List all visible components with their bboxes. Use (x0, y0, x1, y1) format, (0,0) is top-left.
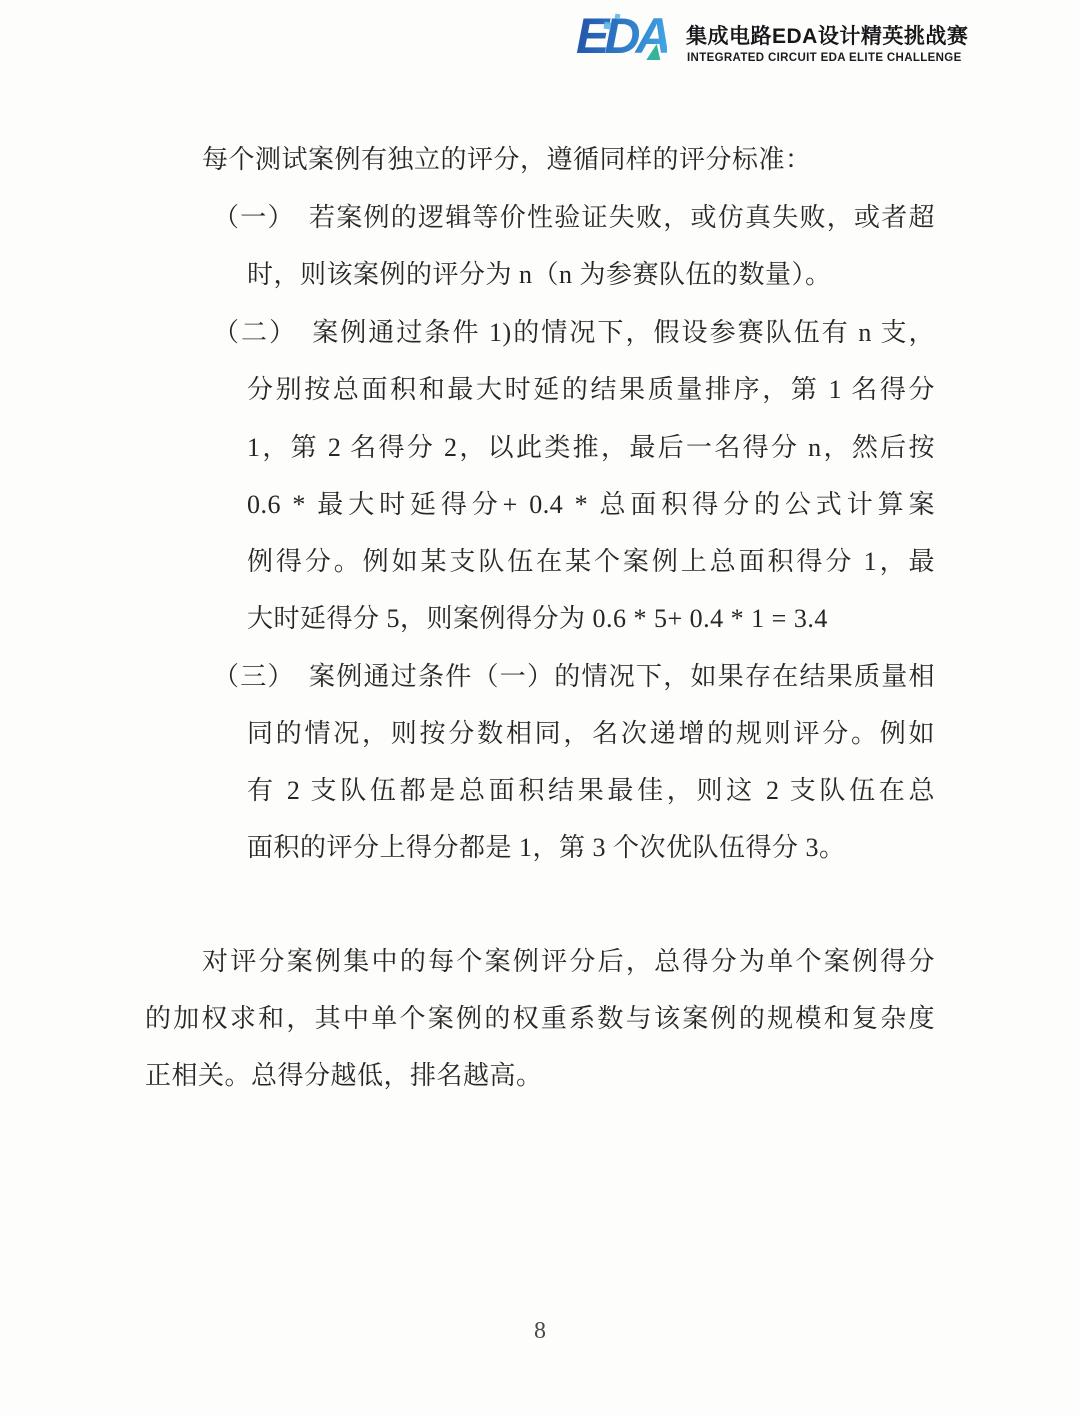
text-line-item2: 例得分。例如某支队伍在某个案例上总面积得分 1，最 (247, 533, 935, 590)
header-title-chinese: 集成电路EDA设计精英挑战赛 (686, 24, 968, 50)
text-line-item2: 分别按总面积和最大时延的结果质量排序，第 1 名得分 (247, 361, 935, 418)
text-line-item2: 1，第 2 名得分 2，以此类推，最后一名得分 n，然后按 (247, 419, 935, 476)
logo-pixel-square-icon (604, 22, 612, 30)
text-line-item3: 面积的评分上得分都是 1，第 3 个次优队伍得分 3。 (247, 819, 935, 876)
text-line-item1: 时，则该案例的评分为 n（n 为参赛队伍的数量）。 (247, 246, 935, 303)
text-line-item2: 大时延得分 5，则案例得分为 0.6 * 5+ 0.4 * 1 = 3.4 (247, 590, 935, 647)
text-line-item1: （一） 若案例的逻辑等价性验证失败，或仿真失败，或者超 (213, 189, 935, 246)
page-header: EDA 集成电路EDA设计精英挑战赛 INTEGRATED CIRCUIT ED… (0, 0, 1080, 90)
text-line-item3: 有 2 支队伍都是总面积结果最佳，则这 2 支队伍在总 (247, 762, 935, 819)
text-line-item3: 同的情况，则按分数相同，名次递增的规则评分。例如 (247, 705, 935, 762)
text-line-item2: （二） 案例通过条件 1)的情况下，假设参赛队伍有 n 支， (213, 304, 935, 361)
text-line-para2: 对评分案例集中的每个案例评分后，总得分为单个案例得分 (202, 933, 935, 990)
logo-pixel-square-icon (615, 14, 621, 20)
header-title-english: INTEGRATED CIRCUIT EDA ELITE CHALLENGE (687, 52, 962, 64)
text-line-item2: 0.6 * 最大时延得分+ 0.4 * 总面积得分的公式计算案 (247, 476, 935, 533)
text-line-intro: 每个测试案例有独立的评分，遵循同样的评分标准： (202, 131, 935, 188)
page-number: 8 (0, 1318, 1080, 1345)
text-line-para2: 正相关。总得分越低，排名越高。 (145, 1047, 935, 1104)
text-line-para2: 的加权求和，其中单个案例的权重系数与该案例的规模和复杂度 (145, 990, 935, 1047)
document-page: EDA 集成电路EDA设计精英挑战赛 INTEGRATED CIRCUIT ED… (0, 0, 1080, 1415)
text-line-item3: （三） 案例通过条件（一）的情况下，如果存在结果质量相 (213, 648, 935, 705)
